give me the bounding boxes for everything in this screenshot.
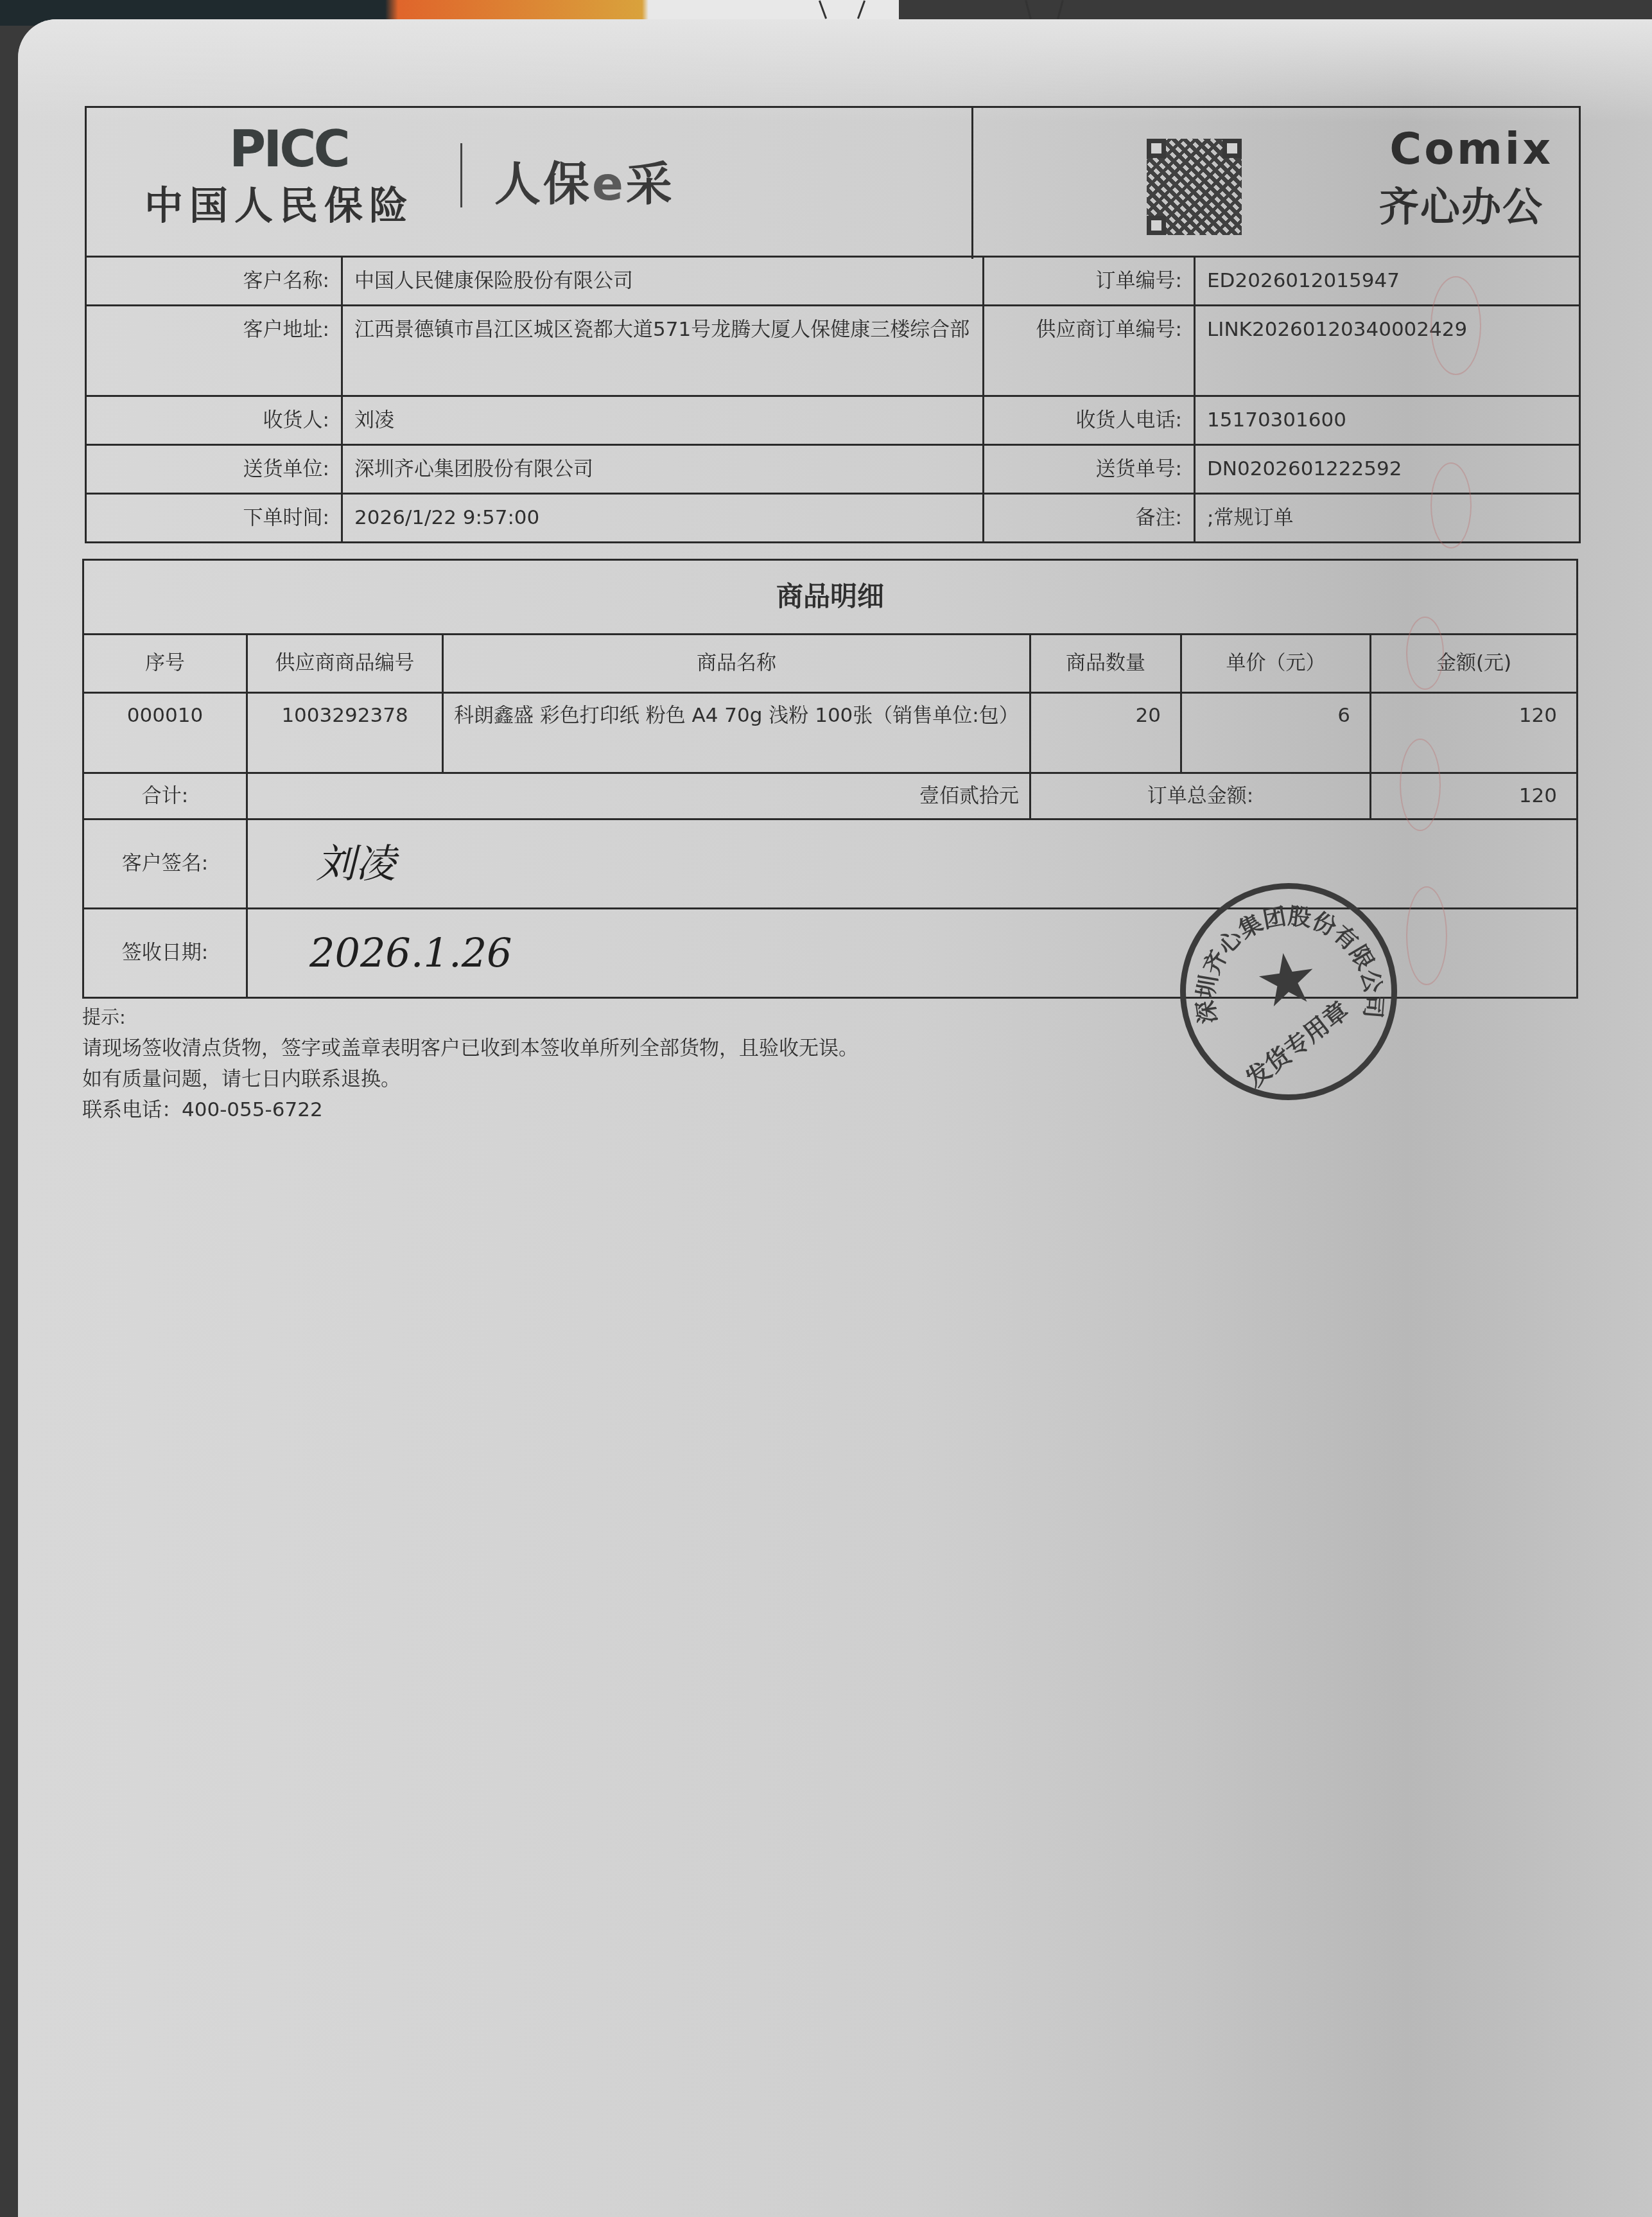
goods-table-title: 商品明细 bbox=[83, 560, 1578, 635]
picc-chinese-name: 中国人民保险 bbox=[144, 175, 414, 231]
order-no-value: ED2026012015947 bbox=[1195, 257, 1580, 306]
pen-mark bbox=[1406, 886, 1447, 985]
col-header-quantity: 商品数量 bbox=[1030, 634, 1181, 692]
goods-title-row: 商品明细 bbox=[83, 560, 1578, 635]
handwritten-signature: 刘凌 bbox=[316, 840, 396, 887]
info-row: 客户地址: 江西景德镇市昌江区城区瓷都大道571号龙腾大厦人保健康三楼综合部 供… bbox=[86, 305, 1580, 396]
pen-mark bbox=[1430, 276, 1481, 375]
renbao-ecai-logo: 人保e采 bbox=[494, 146, 675, 213]
notes-heading: 提示: bbox=[82, 1002, 858, 1033]
col-header-unit-price: 单价（元） bbox=[1181, 634, 1371, 692]
col-header-supplier-sku: 供应商商品编号 bbox=[247, 634, 443, 692]
receiver-phone-value: 15170301600 bbox=[1195, 396, 1580, 444]
customer-address-value: 江西景德镇市昌江区城区瓷都大道571号龙腾大厦人保健康三楼综合部 bbox=[342, 305, 984, 396]
delivery-no-value: DN0202601222592 bbox=[1195, 444, 1580, 493]
pen-mark bbox=[1400, 739, 1441, 831]
table-row: 000010 1003292378 科朗鑫盛 彩色打印纸 粉色 A4 70g 浅… bbox=[83, 692, 1578, 773]
order-total-label: 订单总金额: bbox=[1030, 773, 1371, 819]
order-time-label: 下单时间: bbox=[86, 493, 342, 542]
remark-value: ;常规订单 bbox=[1195, 493, 1580, 542]
sign-date-label: 签收日期: bbox=[83, 908, 247, 997]
customer-address-label: 客户地址: bbox=[86, 305, 342, 396]
pen-mark bbox=[1406, 617, 1444, 690]
delivery-company-value: 深圳齐心集团股份有限公司 bbox=[342, 444, 984, 493]
row-quantity: 20 bbox=[1030, 692, 1181, 773]
row-seq: 000010 bbox=[83, 692, 247, 773]
col-header-name: 商品名称 bbox=[443, 634, 1030, 692]
delivery-no-label: 送货单号: bbox=[984, 444, 1195, 493]
row-supplier-sku: 1003292378 bbox=[247, 692, 443, 773]
qr-code-icon bbox=[1147, 139, 1242, 235]
col-header-seq: 序号 bbox=[83, 634, 247, 692]
pen-mark bbox=[1430, 462, 1472, 548]
order-time-value: 2026/1/22 9:57:00 bbox=[342, 493, 984, 542]
total-label: 合计: bbox=[83, 773, 247, 819]
comix-chinese-name: 齐心办公 bbox=[1379, 175, 1543, 232]
customer-name-label: 客户名称: bbox=[86, 257, 342, 306]
note-contact-phone: 联系电话：400-055-6722 bbox=[82, 1094, 858, 1125]
order-no-label: 订单编号: bbox=[984, 257, 1195, 306]
picc-logo: PICC bbox=[229, 121, 348, 179]
company-seal: 深圳齐心集团股份有限公司 ★ 发货专用章 bbox=[1166, 869, 1411, 1114]
info-row: 收货人: 刘凌 收货人电话: 15170301600 bbox=[86, 396, 1580, 444]
supplier-order-no-label: 供应商订单编号: bbox=[984, 305, 1195, 396]
row-product-name: 科朗鑫盛 彩色打印纸 粉色 A4 70g 浅粉 100张（销售单位:包） bbox=[443, 692, 1030, 773]
handwritten-date: 2026.1.26 bbox=[309, 929, 512, 976]
remark-label: 备注: bbox=[984, 493, 1195, 542]
note-line: 如有质量问题，请七日内联系退换。 bbox=[82, 1064, 858, 1094]
document-header: PICC 中国人民保险 人保e采 Comix 齐心办公 bbox=[85, 106, 1581, 259]
info-row: 客户名称: 中国人民健康保险股份有限公司 订单编号: ED20260120159… bbox=[86, 257, 1580, 306]
info-row: 下单时间: 2026/1/22 9:57:00 备注: ;常规订单 bbox=[86, 493, 1580, 542]
note-line: 请现场签收清点货物，签字或盖章表明客户已收到本签收单所列全部货物，且验收无误。 bbox=[82, 1033, 858, 1064]
customer-name-value: 中国人民健康保险股份有限公司 bbox=[342, 257, 984, 306]
info-row: 送货单位: 深圳齐心集团股份有限公司 送货单号: DN0202601222592 bbox=[86, 444, 1580, 493]
receiver-phone-label: 收货人电话: bbox=[984, 396, 1195, 444]
comix-logo: Comix bbox=[1389, 124, 1553, 175]
order-info-table: 客户名称: 中国人民健康保险股份有限公司 订单编号: ED20260120159… bbox=[85, 256, 1581, 543]
total-row: 合计: 壹佰贰拾元 订单总金额: 120 bbox=[83, 773, 1578, 819]
receiver-label: 收货人: bbox=[86, 396, 342, 444]
header-left-logos: PICC 中国人民保险 人保e采 bbox=[87, 108, 973, 259]
logo-divider bbox=[460, 143, 462, 207]
platform-suffix: 采 bbox=[626, 157, 675, 211]
row-amount: 120 bbox=[1371, 692, 1578, 773]
signature-label: 客户签名: bbox=[83, 819, 247, 908]
notes-section: 提示: 请现场签收清点货物，签字或盖章表明客户已收到本签收单所列全部货物，且验收… bbox=[82, 1002, 858, 1125]
total-in-words: 壹佰贰拾元 bbox=[247, 773, 1030, 819]
delivery-company-label: 送货单位: bbox=[86, 444, 342, 493]
supplier-order-no-value: LINK20260120340002429 bbox=[1195, 305, 1580, 396]
col-header-amount: 金额(元) bbox=[1371, 634, 1578, 692]
platform-e-icon: e bbox=[592, 157, 626, 211]
goods-header-row: 序号 供应商商品编号 商品名称 商品数量 单价（元） 金额(元) bbox=[83, 634, 1578, 692]
header-right-logos: Comix 齐心办公 bbox=[973, 108, 1579, 259]
receiver-value: 刘凌 bbox=[342, 396, 984, 444]
platform-prefix: 人保 bbox=[494, 157, 592, 211]
row-unit-price: 6 bbox=[1181, 692, 1371, 773]
